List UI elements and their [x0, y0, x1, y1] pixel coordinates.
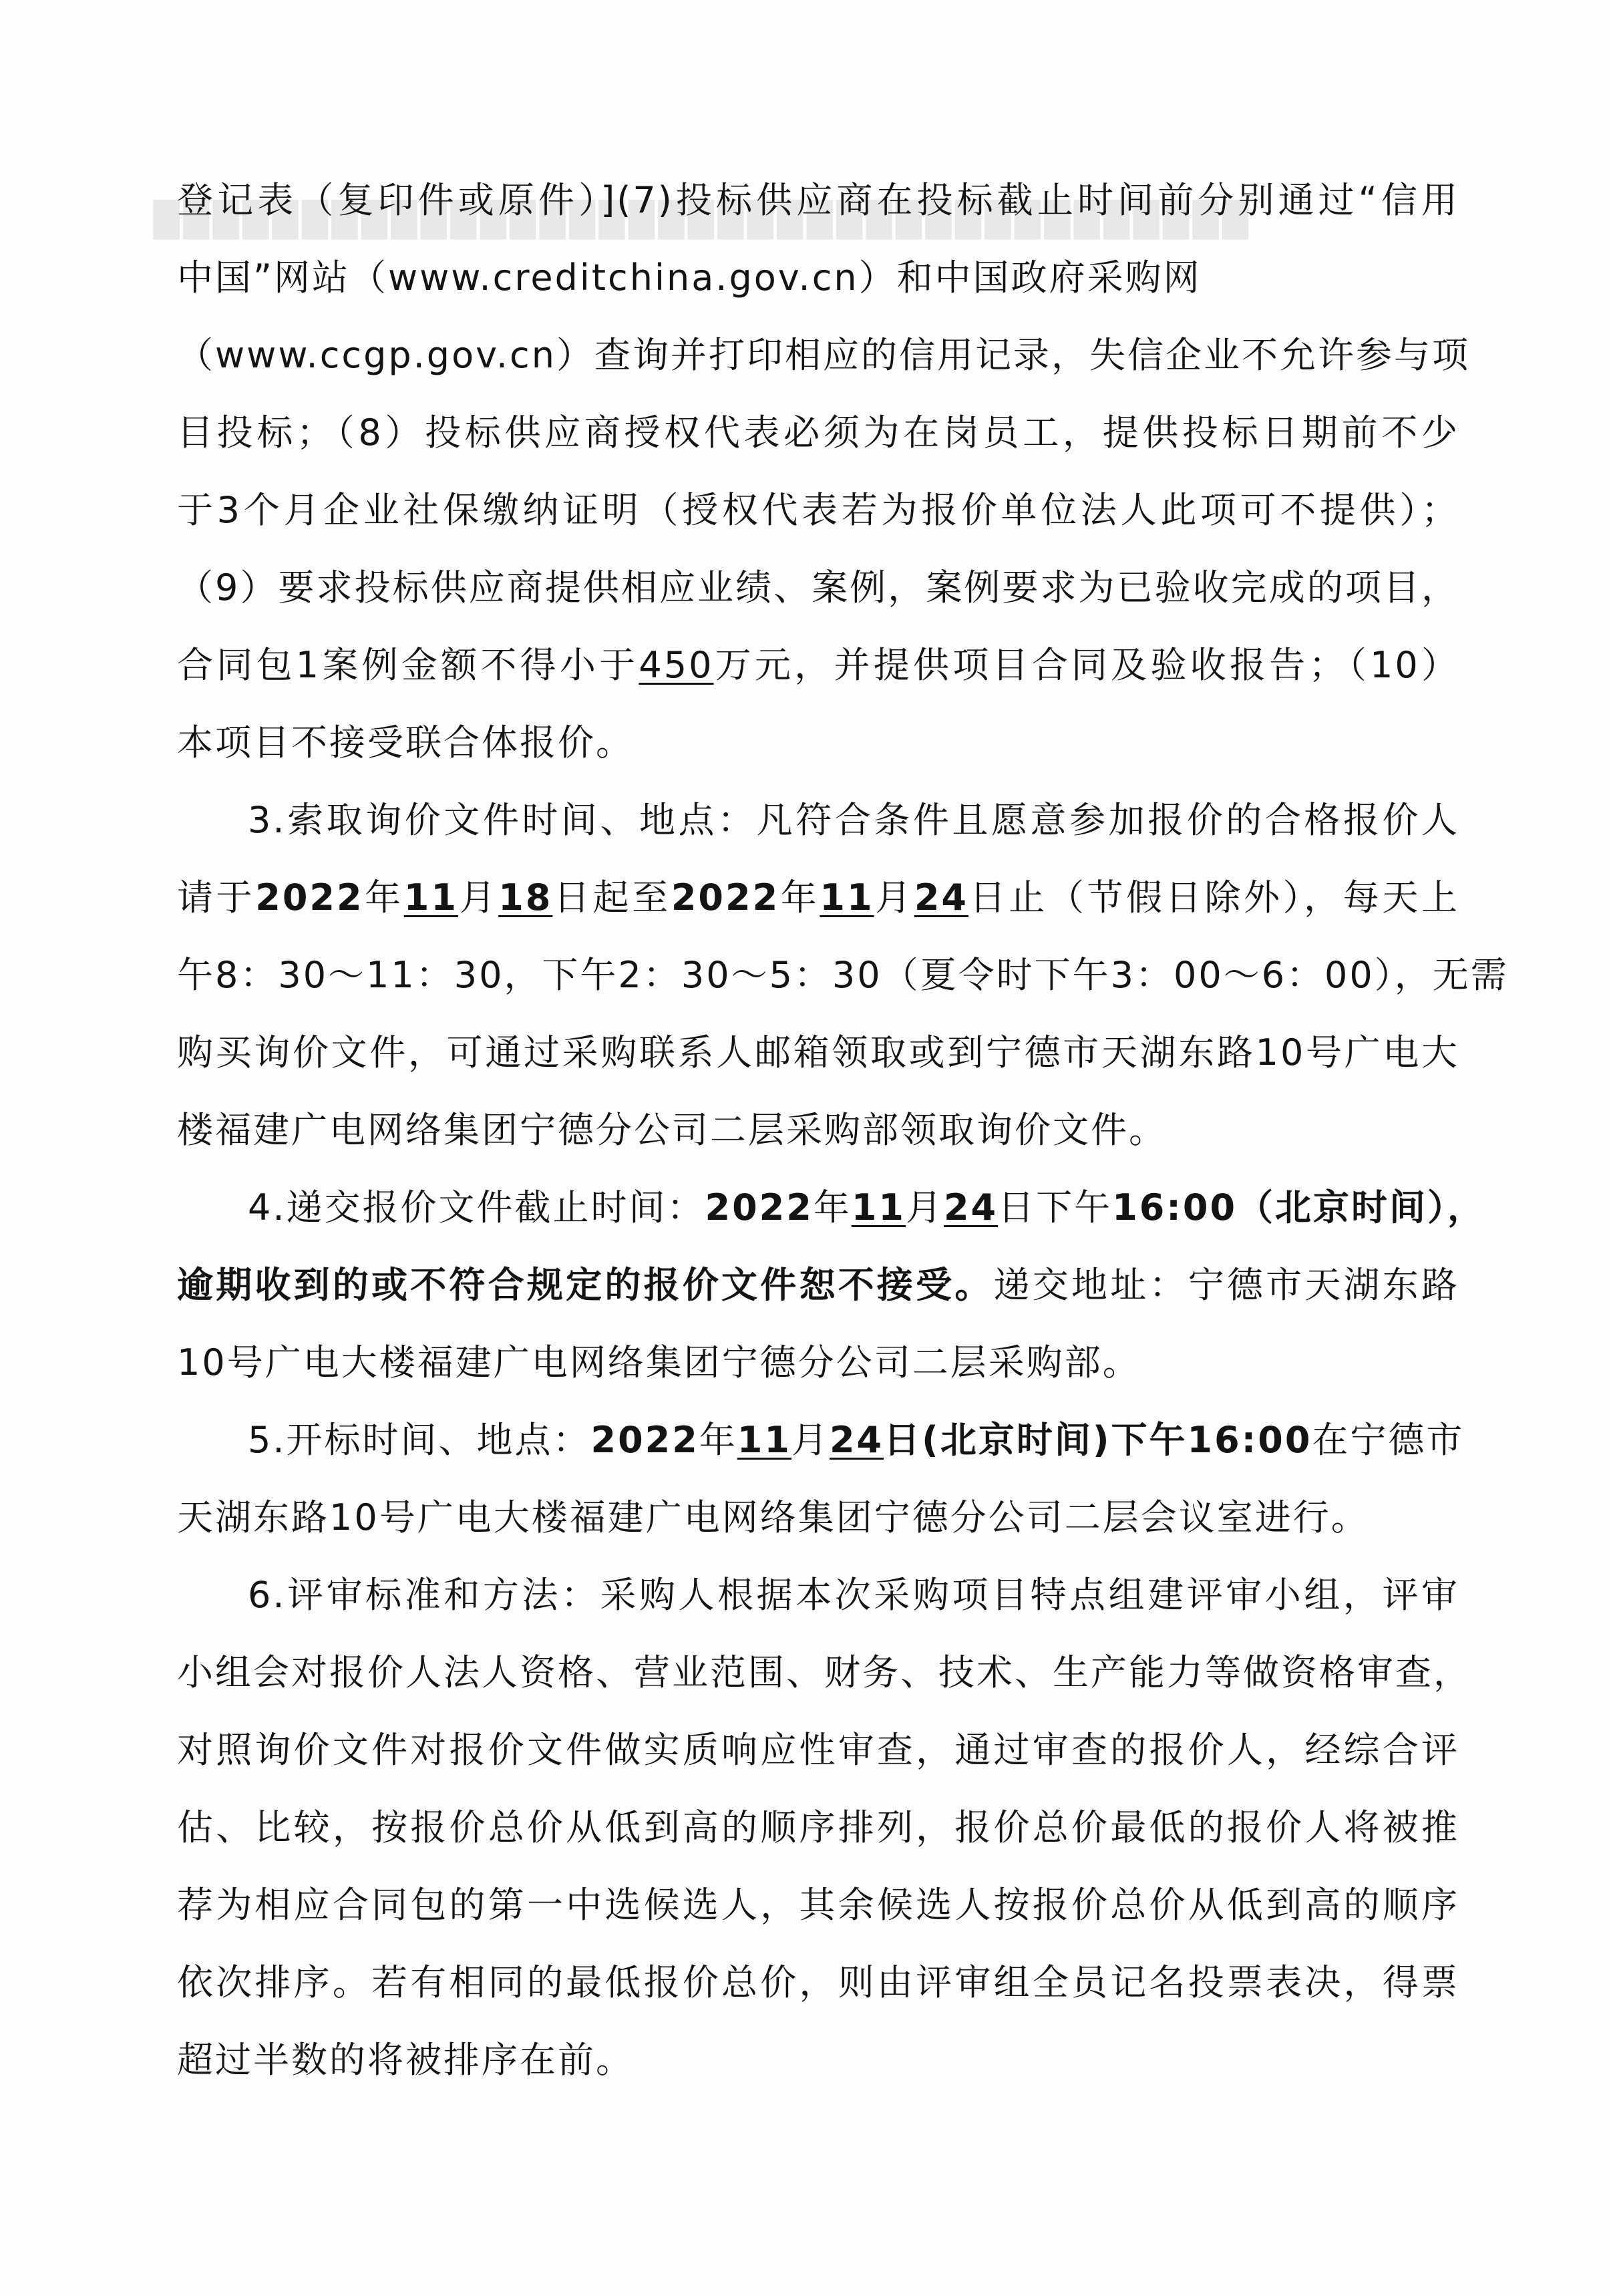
address-text: 宁德市天湖东路 — [1188, 1264, 1459, 1306]
text-run: 在宁德市 — [1312, 1419, 1464, 1461]
text-line: 天湖东路10号广电大楼福建广电网络集团宁德分公司二层会议室进行。 — [177, 1479, 1459, 1556]
text-run: 月 — [458, 876, 498, 919]
text-line: 逾期收到的或不符合规定的报价文件恕不接受。递交地址：宁德市天湖东路 — [177, 1247, 1459, 1324]
text-line: 于3个月企业社保缴纳证明（授权代表若为报价单位法人此项可不提供）； — [177, 472, 1459, 549]
text-line: 中国”网站（www.creditchina.gov.cn）和中国政府采购网 — [177, 239, 1459, 317]
text-run: 请于 — [177, 876, 255, 919]
section-heading: 3.索取询价文件时间、地点： — [248, 799, 757, 841]
year-start: 2022 — [255, 876, 363, 919]
text-line: 依次排序。若有相同的最低报价总价，则由评审组全员记名投票表决，得票 — [177, 1944, 1459, 2021]
text-run: （北京时间）， — [1237, 1186, 1485, 1228]
opening-month: 11 — [737, 1419, 791, 1461]
text-line: 购买询价文件，可通过采购联系人邮箱领取或到宁德市天湖东路10号广电大 — [177, 1014, 1459, 1092]
late-submission-notice: 逾期收到的或不符合规定的报价文件恕不接受。 — [177, 1264, 994, 1306]
text-run: 年 — [814, 1186, 852, 1228]
text-run: 日(北京时间)下午 — [884, 1419, 1187, 1461]
text-line: 对照询价文件对报价文件做实质响应性审查，通过审查的报价人，经综合评 — [177, 1711, 1459, 1789]
text-line: 10号广电大楼福建广电网络集团宁德分公司二层采购部。 — [177, 1324, 1459, 1402]
text-run: 日止（节假日除外），每天上 — [968, 876, 1459, 919]
text-run: 年 — [779, 876, 820, 919]
qualification-requirements-continuation: 登记表（复印件或原件）](7)投标供应商在投标截止时间前分别通过“信用 中国”网… — [177, 162, 1459, 782]
deadline-month: 11 — [852, 1186, 906, 1228]
section-heading: 6.评审标准和方法： — [248, 1574, 600, 1616]
section-3-obtain-documents: 3.索取询价文件时间、地点：凡符合条件且愿意参加报价的合格报价人 请于2022年… — [177, 782, 1459, 1169]
text-line: 6.评审标准和方法：采购人根据本次采购项目特点组建评审小组，评审 — [177, 1556, 1459, 1634]
year-end: 2022 — [671, 876, 779, 919]
text-line: 本项目不接受联合体报价。 — [177, 704, 1459, 782]
text-line: 请于2022年11月18日起至2022年11月24日止（节假日除外），每天上 — [177, 859, 1459, 937]
text-run: 采购人根据本次采购项目特点组建评审小组，评审 — [600, 1574, 1459, 1616]
month-start: 11 — [404, 876, 458, 919]
opening-day: 24 — [830, 1419, 884, 1461]
text-run: 月 — [791, 1419, 830, 1461]
section-6-evaluation-method: 6.评审标准和方法：采购人根据本次采购项目特点组建评审小组，评审 小组会对报价人… — [177, 1556, 1459, 2099]
text-line: 超过半数的将被排序在前。 — [177, 2021, 1459, 2099]
text-run: 日下午 — [998, 1186, 1112, 1228]
text-line: 小组会对报价人法人资格、营业范围、财务、技术、生产能力等做资格审查， — [177, 1634, 1459, 1711]
text-line: （www.ccgp.gov.cn）查询并打印相应的信用记录，失信企业不允许参与项 — [177, 317, 1459, 394]
text-line: 午8：30～11：30，下午2：30～5：30（夏令时下午3：00～6：00），… — [177, 937, 1459, 1014]
text-line: 合同包1案例金额不得小于450万元，并提供项目合同及验收报告；（10） — [177, 627, 1459, 704]
text-run: 年 — [364, 876, 404, 919]
day-start: 18 — [498, 876, 552, 919]
document-page: 登记表（复印件或原件）](7)投标供应商在投标截止时间前分别通过“信用 中国”网… — [177, 162, 1459, 2099]
opening-year: 2022 — [591, 1419, 699, 1461]
text-run: 日起至 — [552, 876, 671, 919]
text-line: 登记表（复印件或原件）](7)投标供应商在投标截止时间前分别通过“信用 — [177, 162, 1459, 239]
min-case-amount: 450 — [639, 644, 713, 686]
text-line: （9）要求投标供应商提供相应业绩、案例，案例要求为已验收完成的项目， — [177, 549, 1459, 627]
text-line: 楼福建广电网络集团宁德分公司二层采购部领取询价文件。 — [177, 1092, 1459, 1169]
address-label: 递交地址： — [994, 1264, 1188, 1306]
section-4-submission-deadline: 4.递交报价文件截止时间：2022年11月24日下午16:00（北京时间）， 逾… — [177, 1169, 1459, 1402]
section-heading: 4.递交报价文件截止时间： — [248, 1186, 705, 1228]
text-line: 5.开标时间、地点：2022年11月24日(北京时间)下午16:00在宁德市 — [177, 1402, 1459, 1479]
day-end: 24 — [914, 876, 968, 919]
deadline-day: 24 — [944, 1186, 998, 1228]
text-line: 估、比较，按报价总价从低到高的顺序排列，报价总价最低的报价人将被推 — [177, 1789, 1459, 1866]
text-run: 年 — [699, 1419, 737, 1461]
section-5-bid-opening: 5.开标时间、地点：2022年11月24日(北京时间)下午16:00在宁德市 天… — [177, 1402, 1459, 1556]
text-line: 目投标；（8）投标供应商授权代表必须为在岗员工，提供投标日期前不少 — [177, 394, 1459, 472]
text-run: 月 — [906, 1186, 944, 1228]
deadline-time: 16:00 — [1112, 1186, 1237, 1228]
section-heading: 5.开标时间、地点： — [248, 1419, 591, 1461]
text-run: 凡符合条件且愿意参加报价的合格报价人 — [757, 799, 1459, 841]
text-line: 荐为相应合同包的第一中选候选人，其余候选人按报价总价从低到高的顺序 — [177, 1866, 1459, 1944]
month-end: 11 — [820, 876, 874, 919]
opening-time: 16:00 — [1188, 1419, 1312, 1461]
text-line: 3.索取询价文件时间、地点：凡符合条件且愿意参加报价的合格报价人 — [177, 782, 1459, 859]
text-line: 4.递交报价文件截止时间：2022年11月24日下午16:00（北京时间）， — [177, 1169, 1459, 1247]
text-run: 月 — [874, 876, 914, 919]
deadline-year: 2022 — [705, 1186, 814, 1228]
